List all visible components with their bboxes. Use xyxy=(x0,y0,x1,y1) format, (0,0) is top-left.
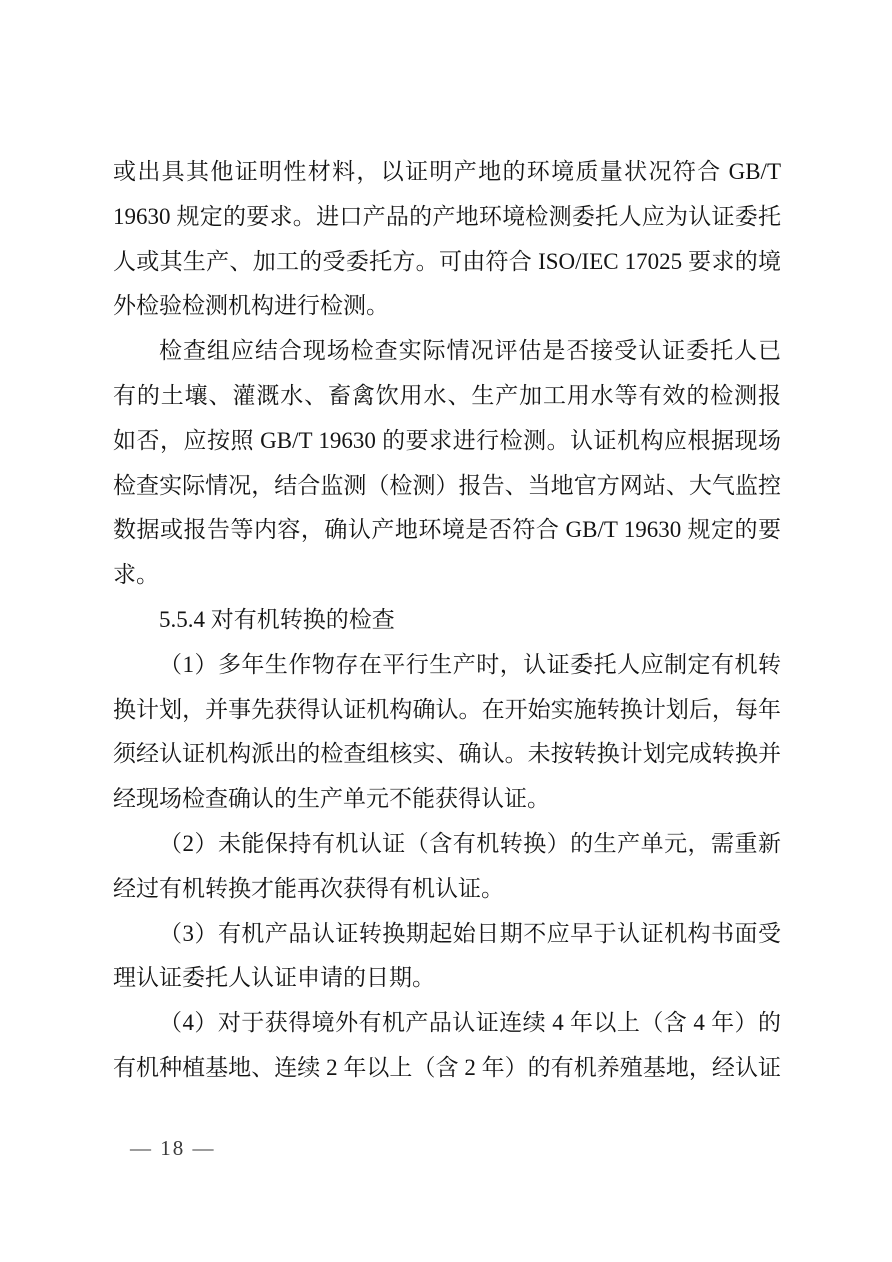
text-line: 经现场检查确认的生产单元不能获得认证。 xyxy=(113,777,781,822)
footer-page-number: — 18 — xyxy=(130,1133,216,1163)
text-line: （1）多年生作物存在平行生产时，认证委托人应制定有机转 xyxy=(113,643,781,688)
text-line: 人或其生产、加工的受委托方。可由符合 ISO/IEC 17025 要求的境 xyxy=(113,240,781,285)
text-line: 求。 xyxy=(113,553,781,598)
text-line: 经过有机转换才能再次获得有机认证。 xyxy=(113,867,781,912)
text-line: （4）对于获得境外有机产品认证连续 4 年以上（含 4 年）的 xyxy=(113,1001,781,1046)
text-line: 检查组应结合现场检查实际情况评估是否接受认证委托人已 xyxy=(113,329,781,374)
text-line: 检查实际情况，结合监测（检测）报告、当地官方网站、大气监控 xyxy=(113,464,781,509)
text-line: 理认证委托人认证申请的日期。 xyxy=(113,956,781,1001)
text-line: 如否，应按照 GB/T 19630 的要求进行检测。认证机构应根据现场 xyxy=(113,419,781,464)
text-line: 19630 规定的要求。进口产品的产地环境检测委托人应为认证委托 xyxy=(113,195,781,240)
text-line: 须经认证机构派出的检查组核实、确认。未按转换计划完成转换并 xyxy=(113,732,781,777)
text-line: 换计划，并事先获得认证机构确认。在开始实施转换计划后，每年 xyxy=(113,688,781,733)
text-line: 或出具其他证明性材料，以证明产地的环境质量状况符合 GB/T xyxy=(113,150,781,195)
document-text-block: 或出具其他证明性材料，以证明产地的环境质量状况符合 GB/T19630 规定的要… xyxy=(113,150,781,1091)
section-heading: 5.5.4 对有机转换的检查 xyxy=(113,598,781,643)
text-line: 外检验检测机构进行检测。 xyxy=(113,284,781,329)
text-line: 有的土壤、灌溉水、畜禽饮用水、生产加工用水等有效的检测报告。 xyxy=(113,374,781,419)
text-line: （3）有机产品认证转换期起始日期不应早于认证机构书面受 xyxy=(113,912,781,957)
text-line: 有机种植基地、连续 2 年以上（含 2 年）的有机养殖基地，经认证 xyxy=(113,1046,781,1091)
document-page: 或出具其他证明性材料，以证明产地的环境质量状况符合 GB/T19630 规定的要… xyxy=(0,0,892,1262)
text-line: （2）未能保持有机认证（含有机转换）的生产单元，需重新 xyxy=(113,822,781,867)
text-line: 数据或报告等内容，确认产地环境是否符合 GB/T 19630 规定的要 xyxy=(113,508,781,553)
